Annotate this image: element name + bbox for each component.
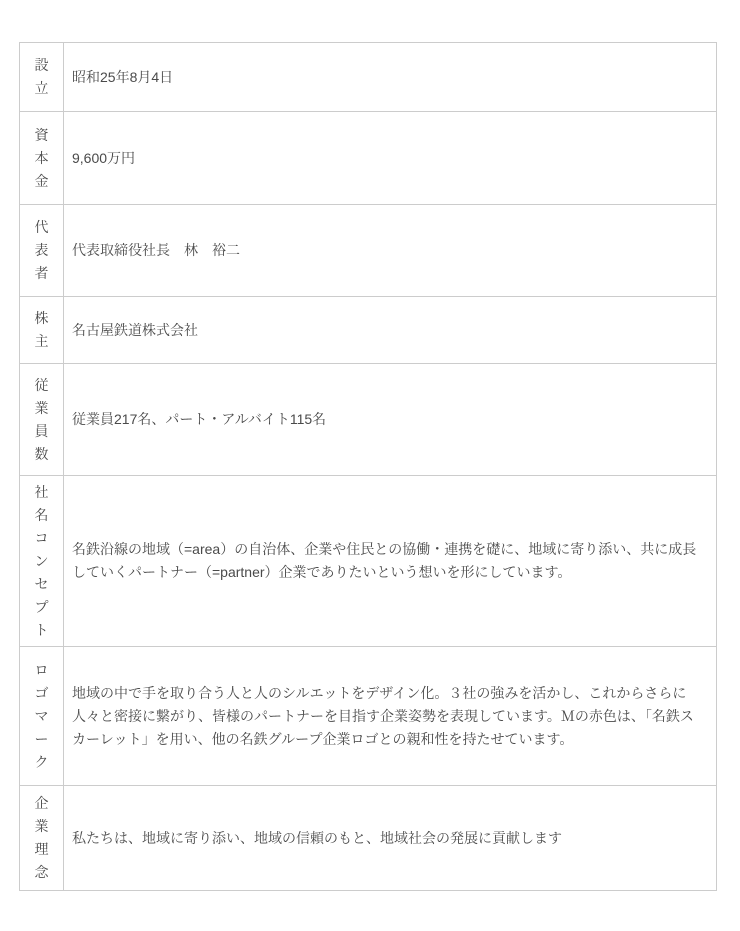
row-label-cell: 資本金 bbox=[20, 112, 64, 205]
row-value: 代表取締役社長 林 裕二 bbox=[72, 242, 240, 258]
row-value: 昭和25年8月4日 bbox=[72, 69, 173, 85]
row-value-cell: 代表取締役社長 林 裕二 bbox=[64, 205, 717, 297]
row-label-cell: 社名コンセプト bbox=[20, 476, 64, 647]
row-label: 資本金 bbox=[35, 124, 49, 193]
row-value: 私たちは、地域に寄り添い、地域の信頼のもと、地域社会の発展に貢献します bbox=[72, 830, 562, 846]
row-label: ロゴマーク bbox=[35, 659, 49, 774]
page: 設立 昭和25年8月4日 資本金 9,600万円 代表者 代表取締役社長 林 裕… bbox=[0, 0, 740, 931]
table-row-name-concept: 社名コンセプト 名鉄沿線の地域（=area）の自治体、企業や住民との協働・連携を… bbox=[20, 476, 717, 647]
row-value-cell: 名鉄沿線の地域（=area）の自治体、企業や住民との協働・連携を礎に、地域に寄り… bbox=[64, 476, 717, 647]
row-value: 地域の中で手を取り合う人と人のシルエットをデザイン化。３社の強みを活かし、これか… bbox=[72, 685, 694, 747]
row-label-cell: 株主 bbox=[20, 297, 64, 364]
row-label: 株主 bbox=[35, 307, 49, 353]
row-value: 従業員217名、パート・アルバイト115名 bbox=[72, 411, 326, 427]
table-row-corporate-philosophy: 企業理念 私たちは、地域に寄り添い、地域の信頼のもと、地域社会の発展に貢献します bbox=[20, 786, 717, 891]
row-label: 社名コンセプト bbox=[35, 481, 49, 642]
row-value-cell: 従業員217名、パート・アルバイト115名 bbox=[64, 364, 717, 476]
row-value-cell: 私たちは、地域に寄り添い、地域の信頼のもと、地域社会の発展に貢献します bbox=[64, 786, 717, 891]
table-row-shareholder: 株主 名古屋鉄道株式会社 bbox=[20, 297, 717, 364]
row-label: 設立 bbox=[35, 54, 49, 100]
row-label-cell: 従業員数 bbox=[20, 364, 64, 476]
table-row-capital: 資本金 9,600万円 bbox=[20, 112, 717, 205]
row-value-cell: 昭和25年8月4日 bbox=[64, 43, 717, 112]
row-label-cell: 代表者 bbox=[20, 205, 64, 297]
row-label: 企業理念 bbox=[35, 792, 49, 884]
row-label-cell: ロゴマーク bbox=[20, 647, 64, 786]
row-label-cell: 企業理念 bbox=[20, 786, 64, 891]
table-row-representative: 代表者 代表取締役社長 林 裕二 bbox=[20, 205, 717, 297]
table-row-employees: 従業員数 従業員217名、パート・アルバイト115名 bbox=[20, 364, 717, 476]
row-value-cell: 9,600万円 bbox=[64, 112, 717, 205]
row-label-cell: 設立 bbox=[20, 43, 64, 112]
row-label: 代表者 bbox=[35, 216, 49, 285]
row-value: 名古屋鉄道株式会社 bbox=[72, 322, 198, 338]
row-label: 従業員数 bbox=[35, 374, 49, 466]
row-value-cell: 名古屋鉄道株式会社 bbox=[64, 297, 717, 364]
table-row-establishment: 設立 昭和25年8月4日 bbox=[20, 43, 717, 112]
table-row-logo-mark: ロゴマーク 地域の中で手を取り合う人と人のシルエットをデザイン化。３社の強みを活… bbox=[20, 647, 717, 786]
row-value: 名鉄沿線の地域（=area）の自治体、企業や住民との協働・連携を礎に、地域に寄り… bbox=[72, 541, 696, 580]
row-value: 9,600万円 bbox=[72, 150, 135, 166]
company-info-table: 設立 昭和25年8月4日 資本金 9,600万円 代表者 代表取締役社長 林 裕… bbox=[19, 42, 717, 891]
row-value-cell: 地域の中で手を取り合う人と人のシルエットをデザイン化。３社の強みを活かし、これか… bbox=[64, 647, 717, 786]
